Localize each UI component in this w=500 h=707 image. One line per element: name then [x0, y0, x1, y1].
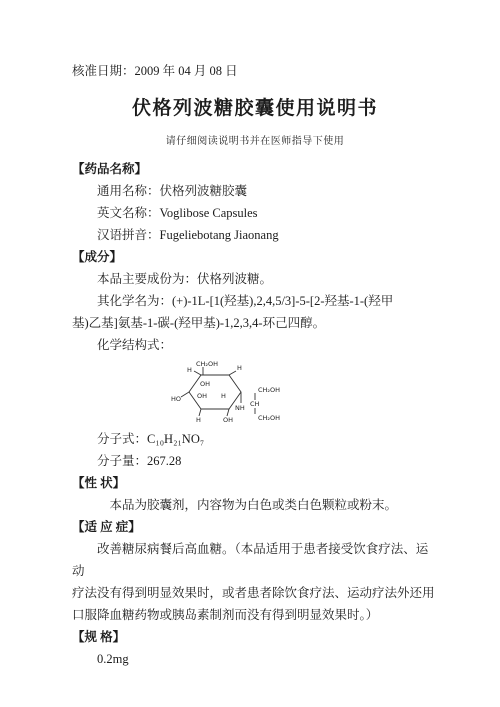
section-indications: 【适 应 症】 改善糖尿病餐后高血糖。（本品适用于患者接受饮食疗法、运动 疗法没…	[72, 516, 438, 626]
package-insert-page: 核准日期：2009 年 04 月 08 日 伏格列波糖胶囊使用说明书 请仔细阅读…	[0, 0, 500, 707]
structure-label: 化学结构式：	[72, 334, 438, 356]
main-ingredient-line: 本品主要成份为：伏格列波糖。	[72, 268, 438, 290]
label-ch: CH	[250, 400, 260, 408]
document-title: 伏格列波糖胶囊使用说明书	[72, 96, 438, 122]
section-specification: 【规 格】 0.2mg	[72, 626, 438, 670]
specification-body: 0.2mg	[72, 648, 438, 670]
voglibose-structure-icon: CH₂OH H H OH OH H HO H OH NH CH CH₂OH CH…	[167, 359, 285, 423]
sections-container: 【药品名称】 通用名称：伏格列波糖胶囊 英文名称：Voglibose Capsu…	[72, 158, 438, 670]
molecular-weight-line: 分子量：267.28	[72, 450, 438, 472]
indications-line-1: 改善糖尿病餐后高血糖。（本品适用于患者接受饮食疗法、运动	[72, 538, 438, 582]
indications-line-3: 口服降血糖药物或胰岛素制剂而没有得到明显效果时。）	[72, 604, 438, 626]
composition-heading: 【成分】	[72, 246, 438, 268]
chemical-name-line-2: 基)乙基]氨基-1-碳-(羟甲基)-1,2,3,4-环己四醇。	[72, 312, 438, 334]
section-drug-name: 【药品名称】 通用名称：伏格列波糖胶囊 英文名称：Voglibose Capsu…	[72, 158, 438, 246]
chemical-name-line-1: 其化学名为：(+)-1L-[1(羟基),2,4,5/3]-5-[2-羟基-1-(…	[72, 290, 438, 312]
section-properties: 【性 状】 本品为胶囊剂，内容物为白色或类白色颗粒或粉末。	[72, 472, 438, 516]
specification-heading: 【规 格】	[72, 626, 438, 648]
label-h-inner-mid: H	[221, 392, 226, 400]
label-oh-inner-top: OH	[200, 380, 210, 388]
indications-heading: 【适 应 症】	[72, 516, 438, 538]
drug-name-heading: 【药品名称】	[72, 158, 438, 180]
label-h-top-right: H	[237, 364, 242, 372]
english-name-line: 英文名称：Voglibose Capsules	[72, 202, 438, 224]
label-h-top-left: H	[187, 366, 192, 374]
molecular-formula-line: 分子式：C₁₀H₂₁NO₇	[72, 428, 438, 450]
label-h-bottom: H	[196, 416, 201, 423]
label-ch2oh-lower: CH₂OH	[258, 414, 280, 422]
properties-body: 本品为胶囊剂，内容物为白色或类白色颗粒或粉末。	[72, 494, 438, 516]
pinyin-name-line: 汉语拼音：Fugeliebotang Jiaonang	[72, 224, 438, 246]
approval-date: 核准日期：2009 年 04 月 08 日	[72, 62, 438, 80]
label-oh-inner-mid: OH	[197, 392, 207, 400]
label-ho-left: HO	[171, 395, 181, 403]
label-oh-bottom: OH	[223, 416, 233, 423]
chemical-structure-diagram: CH₂OH H H OH OH H HO H OH NH CH CH₂OH CH…	[167, 359, 285, 423]
indications-line-2: 疗法没有得到明显效果时，或者患者除饮食疗法、运动疗法外还用	[72, 582, 438, 604]
label-ch2oh-top: CH₂OH	[196, 360, 218, 368]
document-subtitle: 请仔细阅读说明书并在医师指导下使用	[72, 135, 438, 149]
generic-name-line: 通用名称：伏格列波糖胶囊	[72, 180, 438, 202]
label-nh: NH	[235, 404, 245, 412]
properties-heading: 【性 状】	[72, 472, 438, 494]
label-ch2oh-upper: CH₂OH	[258, 386, 280, 394]
section-composition: 【成分】 本品主要成份为：伏格列波糖。 其化学名为：(+)-1L-[1(羟基),…	[72, 246, 438, 472]
